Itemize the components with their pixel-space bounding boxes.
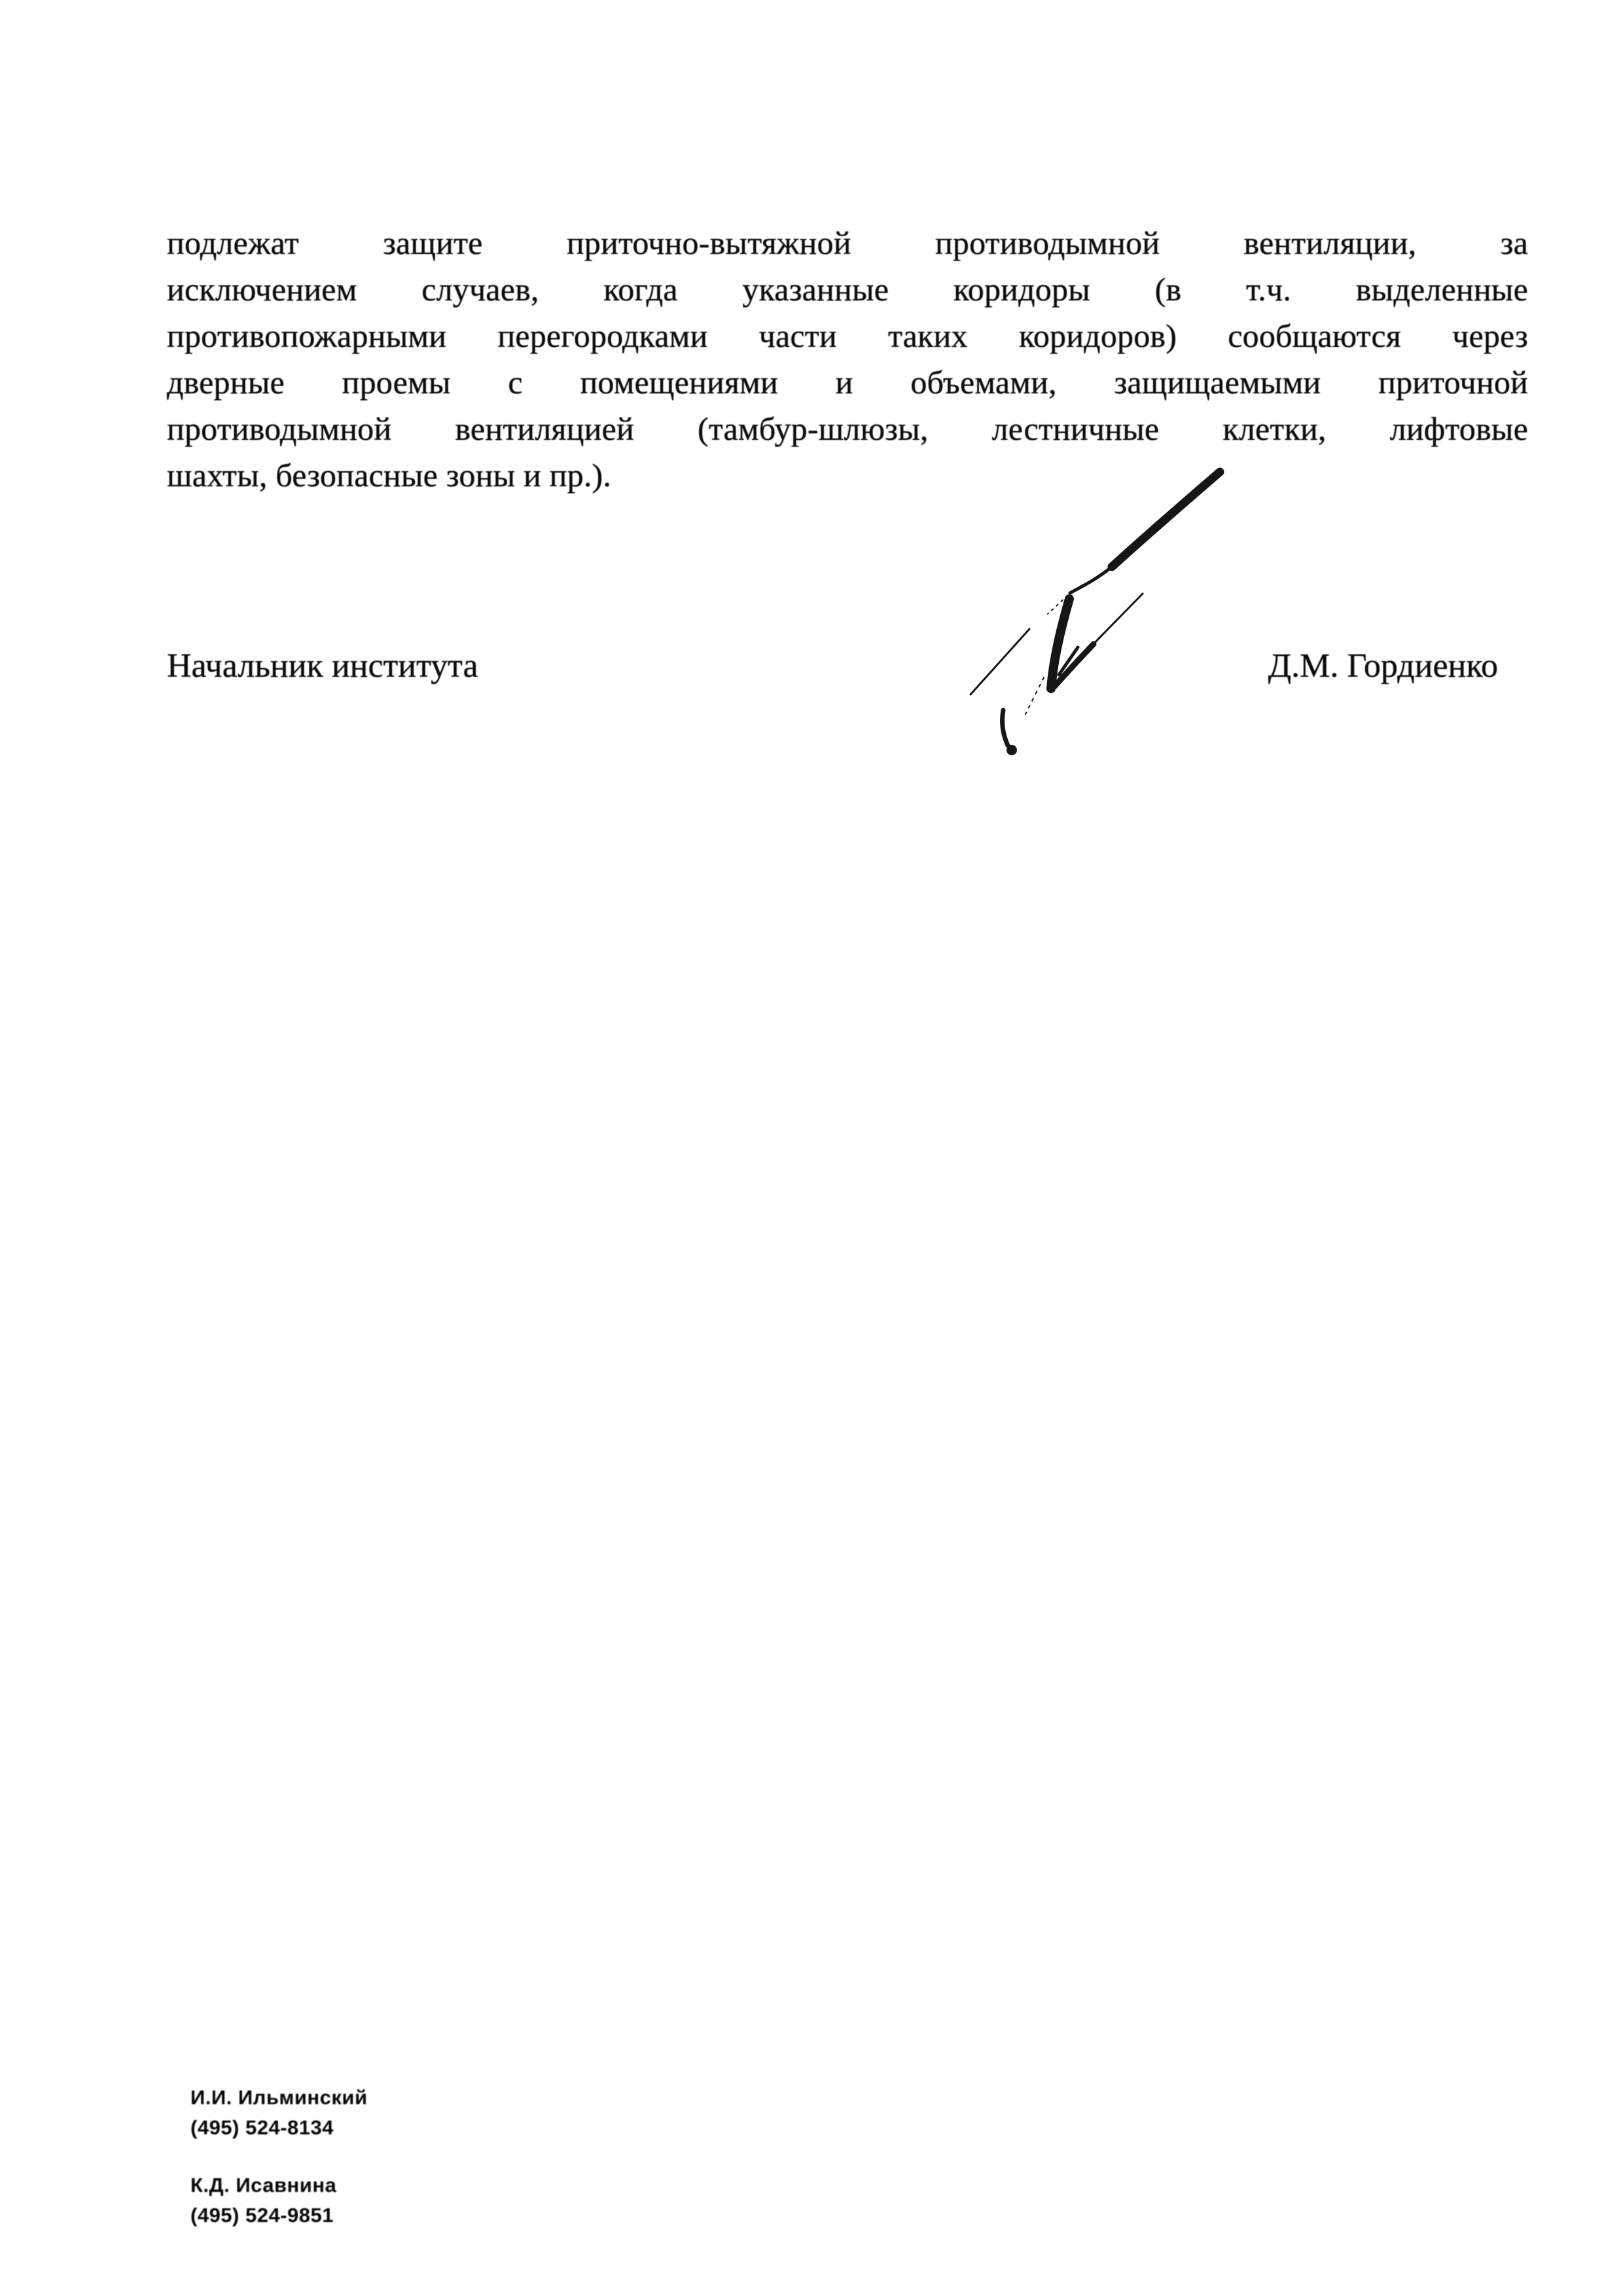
paragraph-line-4: дверные проемы с помещениями и объемами,… bbox=[167, 359, 1528, 406]
executor-contact-1: И.И. Ильминский (495) 524-8134 bbox=[190, 2083, 368, 2143]
paragraph-line-5: противодымной вентиляцией (тамбур-шлюзы,… bbox=[167, 406, 1528, 452]
executor-contact-2: К.Д. Исавнина (495) 524-9851 bbox=[190, 2170, 368, 2231]
paragraph-line-1: подлежат защите приточно-вытяжной против… bbox=[167, 220, 1528, 266]
executors-block: И.И. Ильминский (495) 524-8134 К.Д. Исав… bbox=[190, 2083, 368, 2258]
signature-row: Начальник института Д.М. Гордиенко bbox=[167, 647, 1528, 686]
executor-name: К.Д. Исавнина bbox=[190, 2170, 368, 2200]
paragraph-line-6: шахты, безопасные зоны и пр.). bbox=[167, 452, 1528, 499]
executor-phone: (495) 524-8134 bbox=[190, 2113, 368, 2143]
executor-name: И.И. Ильминский bbox=[190, 2083, 368, 2113]
paragraph-line-3: противопожарными перегородками части так… bbox=[167, 313, 1528, 359]
paragraph-line-2: исключением случаев, когда указанные кор… bbox=[167, 266, 1528, 313]
signatory-name: Д.М. Гордиенко bbox=[1268, 647, 1498, 686]
main-paragraph: подлежат защите приточно-вытяжной против… bbox=[167, 220, 1528, 499]
executor-phone: (495) 524-9851 bbox=[190, 2200, 368, 2231]
signatory-title: Начальник института bbox=[167, 647, 478, 686]
scanned-letter-page: подлежат защите приточно-вытяжной против… bbox=[0, 0, 1623, 2296]
